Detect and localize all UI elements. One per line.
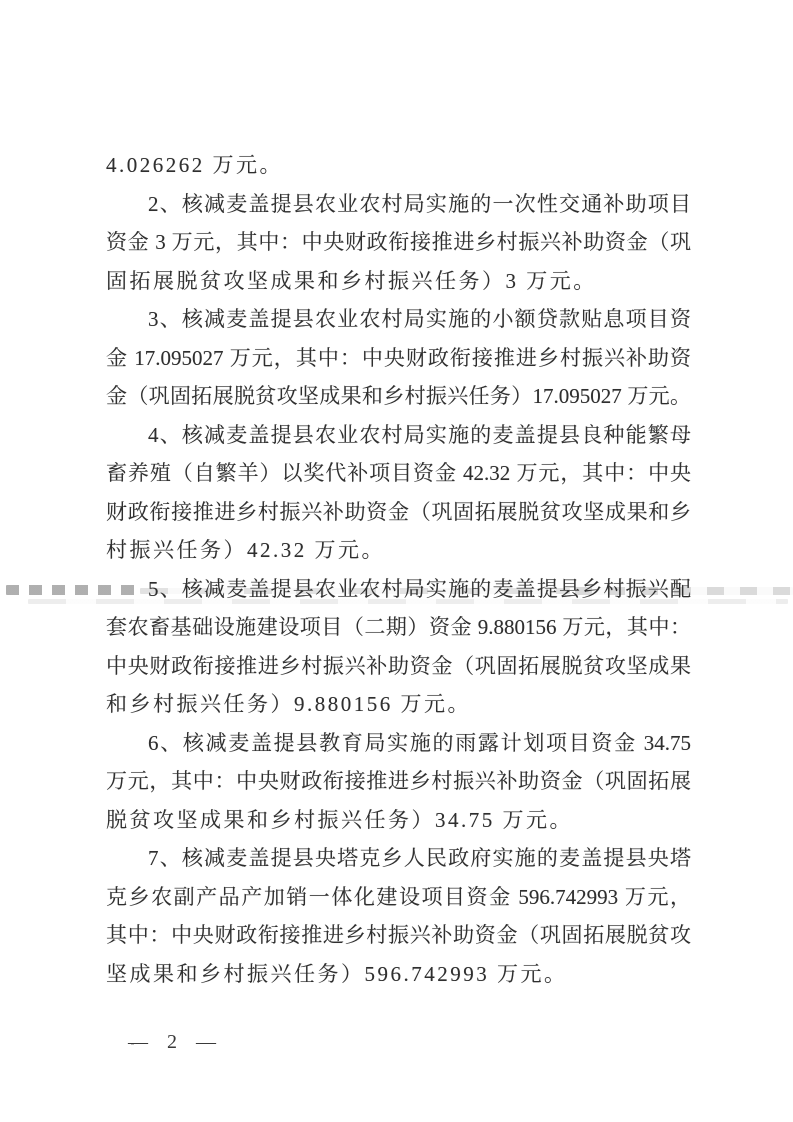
paragraph-6-line-2: 万元，其中：中央财政衔接推进乡村振兴补助资金（巩固拓展 bbox=[106, 762, 691, 801]
paragraph-6-line-3: 脱贫攻坚成果和乡村振兴任务）34.75 万元。 bbox=[106, 801, 691, 840]
paragraph-2-line-2: 资金 3 万元，其中：中央财政衔接推进乡村振兴补助资金（巩 bbox=[106, 223, 691, 262]
paragraph-7-line-1: 7、核减麦盖提县央塔克乡人民政府实施的麦盖提县央塔 bbox=[106, 839, 691, 878]
paragraph-4-line-3: 财政衔接推进乡村振兴补助资金（巩固拓展脱贫攻坚成果和乡 bbox=[106, 493, 691, 532]
continuation-line: 4.026262 万元。 bbox=[106, 146, 691, 185]
paragraph-6-line-1: 6、核减麦盖提县教育局实施的雨露计划项目资金 34.75 bbox=[106, 724, 691, 763]
paragraph-7-line-3: 其中：中央财政衔接推进乡村振兴补助资金（巩固拓展脱贫攻 bbox=[106, 916, 691, 955]
page-number: — 2 — bbox=[128, 1031, 223, 1054]
paragraph-5-line-4: 和乡村振兴任务）9.880156 万元。 bbox=[106, 685, 691, 724]
paragraph-4-line-1: 4、核减麦盖提县农业农村局实施的麦盖提县良种能繁母 bbox=[106, 416, 691, 455]
paragraph-7-line-4: 坚成果和乡村振兴任务）596.742993 万元。 bbox=[106, 955, 691, 994]
scanned-document-page: 4.026262 万元。 2、核减麦盖提县农业农村局实施的一次性交通补助项目 资… bbox=[0, 0, 793, 1122]
paragraph-4-line-4: 村振兴任务）42.32 万元。 bbox=[106, 531, 691, 570]
document-body: 4.026262 万元。 2、核减麦盖提县农业农村局实施的一次性交通补助项目 资… bbox=[106, 146, 691, 993]
paragraph-7-line-2: 克乡农副产品产加销一体化建设项目资金 596.742993 万元， bbox=[106, 878, 691, 917]
paragraph-3-line-2: 金 17.095027 万元，其中：中央财政衔接推进乡村振兴补助资 bbox=[106, 339, 691, 378]
paragraph-3-line-3: 金（巩固拓展脱贫攻坚成果和乡村振兴任务）17.095027 万元。 bbox=[106, 377, 691, 416]
paragraph-4-line-2: 畜养殖（自繁羊）以奖代补项目资金 42.32 万元，其中：中央 bbox=[106, 454, 691, 493]
paragraph-2-line-3: 固拓展脱贫攻坚成果和乡村振兴任务）3 万元。 bbox=[106, 262, 691, 301]
paragraph-5-line-1: 5、核减麦盖提县农业农村局实施的麦盖提县乡村振兴配 bbox=[106, 570, 691, 609]
paragraph-5-line-3: 中央财政衔接推进乡村振兴补助资金（巩固拓展脱贫攻坚成果 bbox=[106, 647, 691, 686]
paragraph-2-line-1: 2、核减麦盖提县农业农村局实施的一次性交通补助项目 bbox=[106, 185, 691, 224]
paragraph-3-line-1: 3、核减麦盖提县农业农村局实施的小额贷款贴息项目资 bbox=[106, 300, 691, 339]
paragraph-5-line-2: 套农畜基础设施建设项目（二期）资金 9.880156 万元，其中： bbox=[106, 608, 691, 647]
